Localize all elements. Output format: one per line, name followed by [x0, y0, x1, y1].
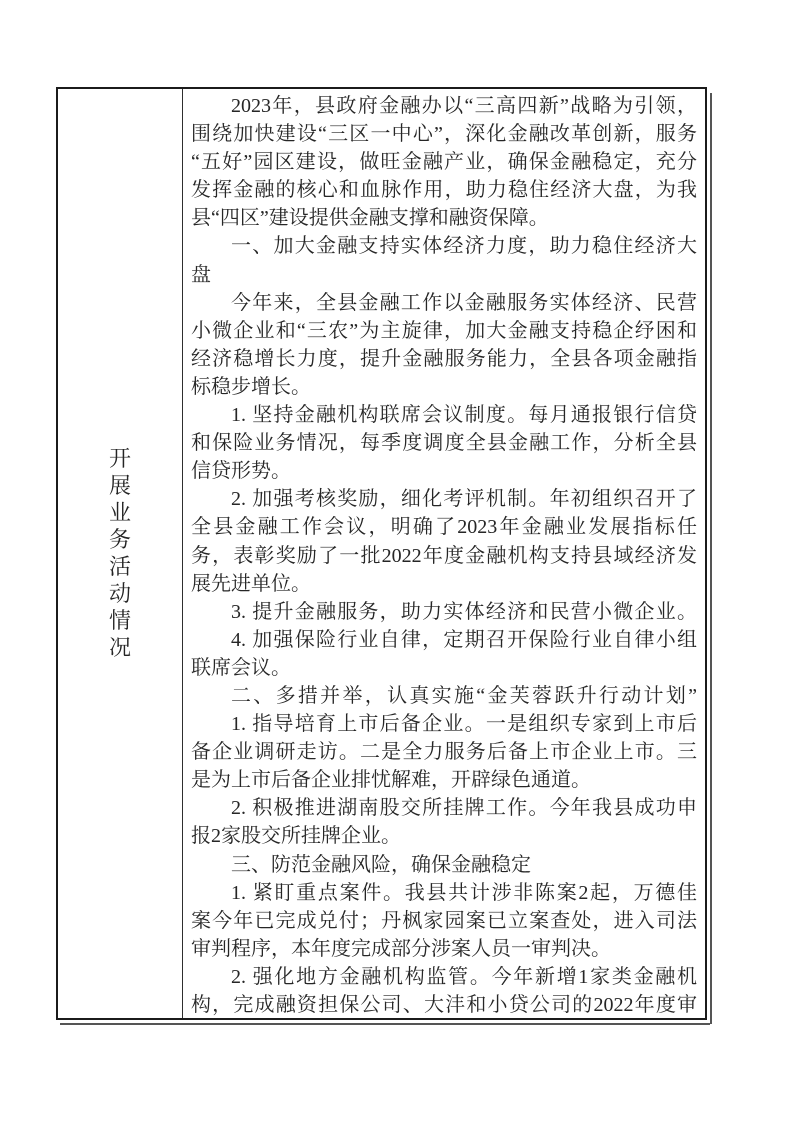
text-line: 围绕加快建设“三区一中心”，深化金融改革创新，服务 [191, 120, 697, 148]
text-line: 三、防范金融风险，确保金融稳定 [191, 851, 697, 879]
content-cell: 2023年，县政府金融办以“三高四新”战略为引领， 围绕加快建设“三区一中心”，… [183, 89, 705, 1018]
text-line: 审判程序，本年度完成部分涉案人员一审判决。 [191, 935, 697, 963]
text-line: 盘 [191, 261, 697, 289]
text-line: 全县金融工作会议，明确了2023年金融业发展指标任 [191, 513, 697, 541]
text-line: 一、加大金融支持实体经济力度，助力稳住经济大 [191, 232, 697, 260]
scan-artifact-line-right [710, 93, 712, 1024]
text-line: 3. 提升金融服务，助力实体经济和民营小微企业。 [191, 598, 697, 626]
text-line: 信贷形势。 [191, 457, 697, 485]
text-line: 构，完成融资担保公司、大沣和小贷公司的2022年度审 [191, 991, 697, 1018]
text-line: 是为上市后备企业排忧解难，开辟绿色通道。 [191, 766, 697, 794]
text-line: 2. 积极推进湖南股交所挂牌工作。今年我县成功申 [191, 794, 697, 822]
text-line: 二、多措并举，认真实施“金芙蓉跃升行动计划” [191, 682, 697, 710]
text-line: “五好”园区建设，做旺金融产业，确保金融稳定，充分 [191, 148, 697, 176]
scanned-document-page: 开展业务活动情况 2023年，县政府金融办以“三高四新”战略为引领， 围绕加快建… [0, 0, 793, 1122]
text-line: 1. 坚持金融机构联席会议制度。每月通报银行信贷 [191, 401, 697, 429]
text-line: 展先进单位。 [191, 570, 697, 598]
text-line: 1. 紧盯重点案件。我县共计涉非陈案2起，万德佳 [191, 879, 697, 907]
text-line: 4. 加强保险行业自律，定期召开保险行业自律小组 [191, 626, 697, 654]
text-line: 和保险业务情况，每季度调度全县金融工作，分析全县 [191, 429, 697, 457]
report-table: 开展业务活动情况 2023年，县政府金融办以“三高四新”战略为引领， 围绕加快建… [56, 87, 707, 1020]
text-line: 报2家股交所挂牌企业。 [191, 822, 697, 850]
text-line: 1. 指导培育上市后备企业。一是组织专家到上市后 [191, 710, 697, 738]
text-line: 联席会议。 [191, 654, 697, 682]
text-line: 小微企业和“三农”为主旋律，加大金融支持稳企纾困和 [191, 317, 697, 345]
text-line: 案今年已完成兑付；丹枫家园案已立案查处，进入司法 [191, 907, 697, 935]
text-line: 2. 强化地方金融机构监管。今年新增1家类金融机 [191, 963, 697, 991]
content-text-block: 2023年，县政府金融办以“三高四新”战略为引领， 围绕加快建设“三区一中心”，… [191, 92, 697, 1018]
text-line: 备企业调研走访。二是全力服务后备上市企业上市。三 [191, 738, 697, 766]
text-line: 2023年，县政府金融办以“三高四新”战略为引领， [191, 92, 697, 120]
text-line: 今年来，全县金融工作以金融服务实体经济、民营 [191, 289, 697, 317]
scan-artifact-line-bottom [60, 1023, 710, 1025]
row-header-cell: 开展业务活动情况 [58, 89, 183, 1018]
text-line: 县“四区”建设提供金融支撑和融资保障。 [191, 204, 697, 232]
text-line: 务，表彰奖励了一批2022年度金融机构支持县域经济发 [191, 542, 697, 570]
text-line: 发挥金融的核心和血脉作用，助力稳住经济大盘，为我 [191, 176, 697, 204]
text-line: 2. 加强考核奖励，细化考评机制。年初组织召开了 [191, 485, 697, 513]
row-header-label: 开展业务活动情况 [107, 445, 133, 661]
text-line: 标稳步增长。 [191, 373, 697, 401]
text-line: 经济稳增长力度，提升金融服务能力，全县各项金融指 [191, 345, 697, 373]
